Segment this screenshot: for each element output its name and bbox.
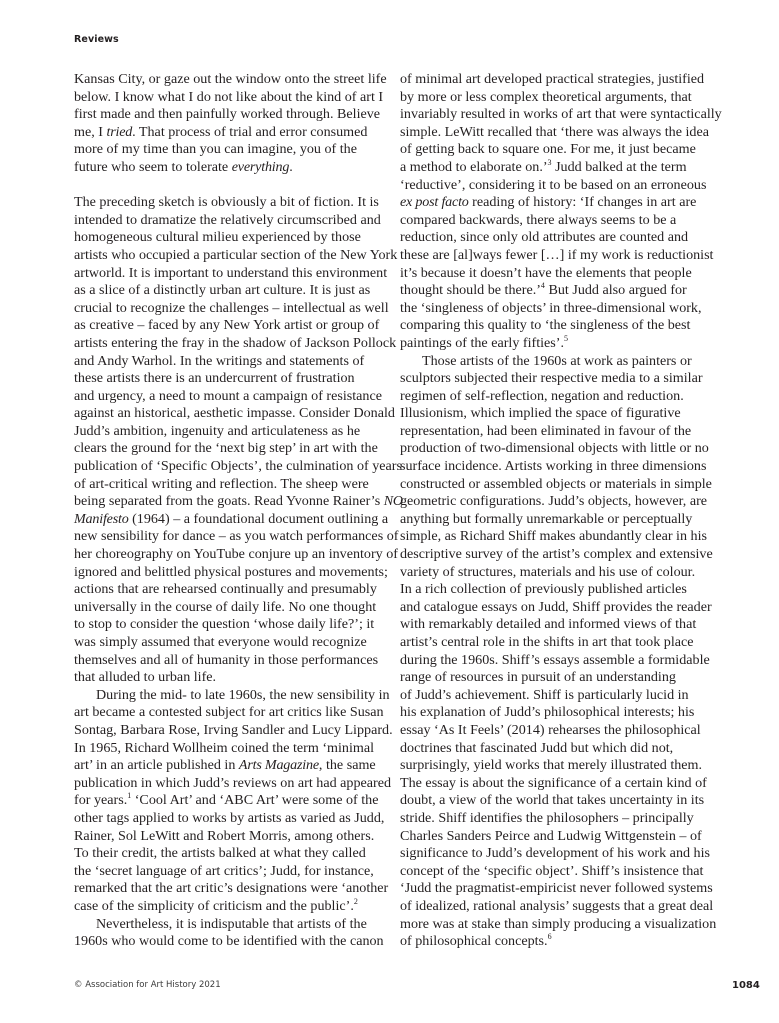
text-run: The preceding sketch is obviously a bit … (74, 194, 379, 210)
text-run: was simply assumed that everyone would r… (74, 634, 367, 650)
text-run: production of two-dimensional objects wi… (400, 440, 709, 456)
text-line: with remarkably detailed and informed vi… (400, 616, 700, 634)
text-run: a method to elaborate on.’ (400, 159, 548, 175)
text-run: as creative – faced by any New York arti… (74, 317, 379, 333)
text-line: and catalogue essays on Judd, Shiff prov… (400, 599, 700, 617)
text-line: it’s because it doesn’t have the element… (400, 265, 700, 283)
text-run: doctrines that fascinated Judd but which… (400, 740, 673, 756)
text-line: during the 1960s. Shiff’s essays assembl… (400, 652, 700, 670)
text-line: Those artists of the 1960s at work as pa… (400, 353, 700, 371)
text-run: art’ in an article published in (74, 757, 239, 773)
text-run: being separated from the goats. Read Yvo… (74, 493, 384, 509)
text-run: as a slice of a distinctly urban art cul… (74, 282, 370, 298)
text-run: thought should be there.’ (400, 282, 541, 298)
text-run: ‘Cool Art’ and ‘ABC Art’ were some of th… (131, 792, 378, 808)
text-line: anything but formally unremarkable or pe… (400, 511, 700, 529)
text-line: new sensibility for dance – as you watch… (74, 528, 374, 546)
text-run: new sensibility for dance – as you watch… (74, 528, 398, 544)
text-line: essay ‘As It Feels’ (2014) rehearses the… (400, 722, 700, 740)
text-run: comparing this quality to ‘the singlenes… (400, 317, 690, 333)
text-run: sculptors subjected their respective med… (400, 370, 703, 386)
text-line: constructed or assembled objects or mate… (400, 476, 700, 494)
text-line: reduction, since only old attributes are… (400, 229, 700, 247)
text-run: of philosophical concepts. (400, 933, 548, 949)
text-line: Kansas City, or gaze out the window onto… (74, 71, 374, 89)
text-run: of minimal art developed practical strat… (400, 71, 704, 87)
text-run: Those artists of the 1960s at work as pa… (422, 353, 692, 369)
text-line: Judd’s ambition, ingenuity and articulat… (74, 423, 374, 441)
text-run: stride. Shiff identifies the philosopher… (400, 810, 694, 826)
text-run: below. I know what I do not like about t… (74, 89, 383, 105)
text-run: During the mid- to late 1960s, the new s… (96, 687, 390, 703)
text-line: more of my time than you can imagine, yo… (74, 141, 374, 159)
text-line: of idealized, rational analysis’ suggest… (400, 898, 700, 916)
text-line: To their credit, the artists balked at w… (74, 845, 374, 863)
text-line: publication in which Judd’s reviews on a… (74, 775, 374, 793)
text-line: 1960s who would come to be identified wi… (74, 933, 374, 951)
text-run: variety of structures, materials and his… (400, 564, 695, 580)
text-run: and catalogue essays on Judd, Shiff prov… (400, 599, 712, 615)
italic-text: Arts Magazine (239, 757, 319, 773)
text-run: Charles Sanders Peirce and Ludwig Wittge… (400, 828, 702, 844)
text-run: simple. LeWitt recalled that ‘there was … (400, 124, 709, 140)
text-line: surprisingly, yield works that merely il… (400, 757, 700, 775)
text-line: her choreography on YouTube conjure up a… (74, 546, 374, 564)
text-line: clears the ground for the ‘next big step… (74, 440, 374, 458)
text-line: artist’s central role in the shifts in a… (400, 634, 700, 652)
paragraph-break (74, 177, 374, 195)
text-line: actions that are rehearsed continually a… (74, 581, 374, 599)
text-run: . (289, 159, 293, 175)
text-run: art became a contested subject for art c… (74, 704, 384, 720)
text-line: as creative – faced by any New York arti… (74, 317, 374, 335)
text-run: surface incidence. Artists working in th… (400, 458, 706, 474)
text-line: In a rich collection of previously publi… (400, 581, 700, 599)
text-line: paintings of the early fifties’.5 (400, 335, 700, 353)
text-run: Sontag, Barbara Rose, Irving Sandler and… (74, 722, 393, 738)
text-run: descriptive survey of the artist’s compl… (400, 546, 713, 562)
text-line: and Andy Warhol. In the writings and sta… (74, 353, 374, 371)
text-run: first made and then painfully worked thr… (74, 106, 380, 122)
text-run: it’s because it doesn’t have the element… (400, 265, 692, 281)
text-column-right: of minimal art developed practical strat… (400, 71, 700, 951)
text-line: remarked that the art critic’s designati… (74, 880, 374, 898)
text-line: ignored and belittled physical postures … (74, 564, 374, 582)
text-line: significance to Judd’s development of hi… (400, 845, 700, 863)
text-line: artists entering the fray in the shadow … (74, 335, 374, 353)
text-line: universally in the course of daily life.… (74, 599, 374, 617)
text-line: art became a contested subject for art c… (74, 704, 374, 722)
text-run: and urgency, a need to mount a campaign … (74, 388, 382, 404)
text-run: To their credit, the artists balked at w… (74, 845, 366, 861)
footnote-marker: 5 (564, 334, 568, 343)
text-run: clears the ground for the ‘next big step… (74, 440, 378, 456)
text-run: invariably resulted in works of art that… (400, 106, 722, 122)
text-line: ‘reductive’, considering it to be based … (400, 177, 700, 195)
text-line: that alluded to urban life. (74, 669, 374, 687)
text-run: In a rich collection of previously publi… (400, 581, 687, 597)
footnote-marker: 2 (354, 897, 358, 906)
text-line: as a slice of a distinctly urban art cul… (74, 282, 374, 300)
text-run: the ‘secret language of art critics’; Ju… (74, 863, 374, 879)
text-run: these artists there is an undercurrent o… (74, 370, 355, 386)
text-run: the ‘singleness of objects’ in three-dim… (400, 300, 702, 316)
text-line: case of the simplicity of criticism and … (74, 898, 374, 916)
text-run: remarked that the art critic’s designati… (74, 880, 388, 896)
text-line: variety of structures, materials and his… (400, 564, 700, 582)
text-run: range of resources in pursuit of an unde… (400, 669, 676, 685)
text-line: and urgency, a need to mount a campaign … (74, 388, 374, 406)
text-run: Judd’s ambition, ingenuity and articulat… (74, 423, 360, 439)
text-run: artist’s central role in the shifts in a… (400, 634, 694, 650)
text-line: regimen of self-reflection, negation and… (400, 388, 700, 406)
text-run: concept of the ‘specific object’. Shiff’… (400, 863, 703, 879)
text-line: publication of ‘Specific Objects’, the c… (74, 458, 374, 476)
text-run: case of the simplicity of criticism and … (74, 898, 354, 914)
text-run: artists who occupied a particular sectio… (74, 247, 397, 263)
text-run: reading of history: ‘If changes in art a… (469, 194, 697, 210)
text-line: artworld. It is important to understand … (74, 265, 374, 283)
text-run: more was at stake than simply producing … (400, 916, 716, 932)
text-run: compared backwards, there always seems t… (400, 212, 676, 228)
text-line: stride. Shiff identifies the philosopher… (400, 810, 700, 828)
text-line: ex post facto reading of history: ‘If ch… (400, 194, 700, 212)
text-line: art’ in an article published in Arts Mag… (74, 757, 374, 775)
text-run: ignored and belittled physical postures … (74, 564, 388, 580)
text-line: descriptive survey of the artist’s compl… (400, 546, 700, 564)
text-run: future who seem to tolerate (74, 159, 232, 175)
text-run: publication in which Judd’s reviews on a… (74, 775, 391, 791)
text-line: artists who occupied a particular sectio… (74, 247, 374, 265)
text-run: . That process of trial and error consum… (132, 124, 367, 140)
text-run: artists entering the fray in the shadow … (74, 335, 396, 351)
italic-text: Manifesto (74, 511, 129, 527)
text-line: invariably resulted in works of art that… (400, 106, 700, 124)
text-line: doubt, a view of the world that takes un… (400, 792, 700, 810)
text-run: other tags applied to works by artists a… (74, 810, 384, 826)
text-line: by more or less complex theoretical argu… (400, 89, 700, 107)
text-run: surprisingly, yield works that merely il… (400, 757, 702, 773)
text-line: future who seem to tolerate everything. (74, 159, 374, 177)
text-line: other tags applied to works by artists a… (74, 810, 374, 828)
text-run: themselves and all of humanity in those … (74, 652, 378, 668)
text-run: regimen of self-reflection, negation and… (400, 388, 684, 404)
text-run: representation, had been eliminated in f… (400, 423, 691, 439)
text-line: the ‘singleness of objects’ in three-dim… (400, 300, 700, 318)
text-line: below. I know what I do not like about t… (74, 89, 374, 107)
text-line: his explanation of Judd’s philosophical … (400, 704, 700, 722)
text-run: Kansas City, or gaze out the window onto… (74, 71, 387, 87)
text-line: of Judd’s achievement. Shiff is particul… (400, 687, 700, 705)
text-line: the ‘secret language of art critics’; Ju… (74, 863, 374, 881)
copyright-notice: © Association for Art History 2021 (74, 980, 221, 990)
text-run: 1960s who would come to be identified wi… (74, 933, 384, 949)
text-run: publication of ‘Specific Objects’, the c… (74, 458, 402, 474)
text-line: crucial to recognize the challenges – in… (74, 300, 374, 318)
text-line: Nevertheless, it is indisputable that ar… (74, 916, 374, 934)
text-line: compared backwards, there always seems t… (400, 212, 700, 230)
text-line: more was at stake than simply producing … (400, 916, 700, 934)
text-line: a method to elaborate on.’3 Judd balked … (400, 159, 700, 177)
text-line: to stop to consider the question ‘whose … (74, 616, 374, 634)
text-run: with remarkably detailed and informed vi… (400, 616, 696, 632)
text-line: for years.1 ‘Cool Art’ and ‘ABC Art’ wer… (74, 792, 374, 810)
text-line: me, I tried. That process of trial and e… (74, 124, 374, 142)
text-run: of idealized, rational analysis’ suggest… (400, 898, 713, 914)
text-line: Sontag, Barbara Rose, Irving Sandler and… (74, 722, 374, 740)
text-line: of minimal art developed practical strat… (400, 71, 700, 89)
text-run: simple, as Richard Shiff makes abundantl… (400, 528, 707, 544)
text-line: ‘Judd the pragmatist-empiricist never fo… (400, 880, 700, 898)
text-run: Nevertheless, it is indisputable that ar… (96, 916, 367, 932)
text-run: In 1965, Richard Wollheim coined the ter… (74, 740, 374, 756)
text-run: , the same (319, 757, 376, 773)
text-run: ‘Judd the pragmatist-empiricist never fo… (400, 880, 713, 896)
text-run: against an historical, aesthetic impasse… (74, 405, 395, 421)
text-line: surface incidence. Artists working in th… (400, 458, 700, 476)
text-run: significance to Judd’s development of hi… (400, 845, 710, 861)
text-line: geometric configurations. Judd’s objects… (400, 493, 700, 511)
text-line: production of two-dimensional objects wi… (400, 440, 700, 458)
text-line: these artists there is an undercurrent o… (74, 370, 374, 388)
text-run: of getting back to square one. For me, i… (400, 141, 696, 157)
italic-text: everything (232, 159, 289, 175)
text-line: thought should be there.’4 But Judd also… (400, 282, 700, 300)
text-line: homogeneous cultural milieu experienced … (74, 229, 374, 247)
text-run: Judd balked at the term (552, 159, 687, 175)
text-run: Illusionism, which implied the space of … (400, 405, 681, 421)
text-line: During the mid- to late 1960s, the new s… (74, 687, 374, 705)
text-run: Rainer, Sol LeWitt and Robert Morris, am… (74, 828, 374, 844)
text-run: anything but formally unremarkable or pe… (400, 511, 692, 527)
text-run: geometric configurations. Judd’s objects… (400, 493, 707, 509)
text-run: of Judd’s achievement. Shiff is particul… (400, 687, 689, 703)
text-run: The essay is about the significance of a… (400, 775, 707, 791)
text-line: Rainer, Sol LeWitt and Robert Morris, am… (74, 828, 374, 846)
text-line: Charles Sanders Peirce and Ludwig Wittge… (400, 828, 700, 846)
text-line: first made and then painfully worked thr… (74, 106, 374, 124)
text-line: simple. LeWitt recalled that ‘there was … (400, 124, 700, 142)
text-run: paintings of the early fifties’. (400, 335, 564, 351)
italic-text: tried (106, 124, 132, 140)
text-run: universally in the course of daily life.… (74, 599, 376, 615)
text-column-left: Kansas City, or gaze out the window onto… (74, 71, 374, 951)
text-run: me, I (74, 124, 106, 140)
text-line: of getting back to square one. For me, i… (400, 141, 700, 159)
text-line: comparing this quality to ‘the singlenes… (400, 317, 700, 335)
running-head: Reviews (74, 34, 119, 45)
text-run: and Andy Warhol. In the writings and sta… (74, 353, 364, 369)
text-run: ‘reductive’, considering it to be based … (400, 177, 706, 193)
text-run: his explanation of Judd’s philosophical … (400, 704, 694, 720)
text-line: sculptors subjected their respective med… (400, 370, 700, 388)
text-run: reduction, since only old attributes are… (400, 229, 688, 245)
text-run: of art-critical writing and reflection. … (74, 476, 369, 492)
text-line: The preceding sketch is obviously a bit … (74, 194, 374, 212)
text-run: homogeneous cultural milieu experienced … (74, 229, 361, 245)
text-line: Manifesto (1964) – a foundational docume… (74, 511, 374, 529)
text-line: representation, had been eliminated in f… (400, 423, 700, 441)
text-line: Illusionism, which implied the space of … (400, 405, 700, 423)
text-run: constructed or assembled objects or mate… (400, 476, 712, 492)
text-run: her choreography on YouTube conjure up a… (74, 546, 398, 562)
text-line: In 1965, Richard Wollheim coined the ter… (74, 740, 374, 758)
text-line: these are [al]ways fewer […] if my work … (400, 247, 700, 265)
text-line: themselves and all of humanity in those … (74, 652, 374, 670)
text-line: The essay is about the significance of a… (400, 775, 700, 793)
text-run: intended to dramatize the relatively cir… (74, 212, 381, 228)
text-run: for years. (74, 792, 127, 808)
text-line: concept of the ‘specific object’. Shiff’… (400, 863, 700, 881)
text-run: actions that are rehearsed continually a… (74, 581, 377, 597)
text-run: But Judd also argued for (545, 282, 687, 298)
text-run: essay ‘As It Feels’ (2014) rehearses the… (400, 722, 701, 738)
text-run: by more or less complex theoretical argu… (400, 89, 692, 105)
text-run: doubt, a view of the world that takes un… (400, 792, 704, 808)
text-line: of art-critical writing and reflection. … (74, 476, 374, 494)
text-run: to stop to consider the question ‘whose … (74, 616, 374, 632)
footnote-marker: 6 (548, 932, 552, 941)
text-line: was simply assumed that everyone would r… (74, 634, 374, 652)
text-run: crucial to recognize the challenges – in… (74, 300, 389, 316)
text-line: doctrines that fascinated Judd but which… (400, 740, 700, 758)
page-number: 1084 (732, 980, 760, 991)
text-line: range of resources in pursuit of an unde… (400, 669, 700, 687)
text-run: (1964) – a foundational document outlini… (129, 511, 389, 527)
text-run: during the 1960s. Shiff’s essays assembl… (400, 652, 710, 668)
italic-text: ex post facto (400, 194, 469, 210)
text-line: of philosophical concepts.6 (400, 933, 700, 951)
text-line: simple, as Richard Shiff makes abundantl… (400, 528, 700, 546)
text-line: against an historical, aesthetic impasse… (74, 405, 374, 423)
text-line: intended to dramatize the relatively cir… (74, 212, 374, 230)
text-run: more of my time than you can imagine, yo… (74, 141, 357, 157)
text-run: that alluded to urban life. (74, 669, 216, 685)
text-line: being separated from the goats. Read Yvo… (74, 493, 374, 511)
text-run: these are [al]ways fewer […] if my work … (400, 247, 713, 263)
text-run: artworld. It is important to understand … (74, 265, 387, 281)
